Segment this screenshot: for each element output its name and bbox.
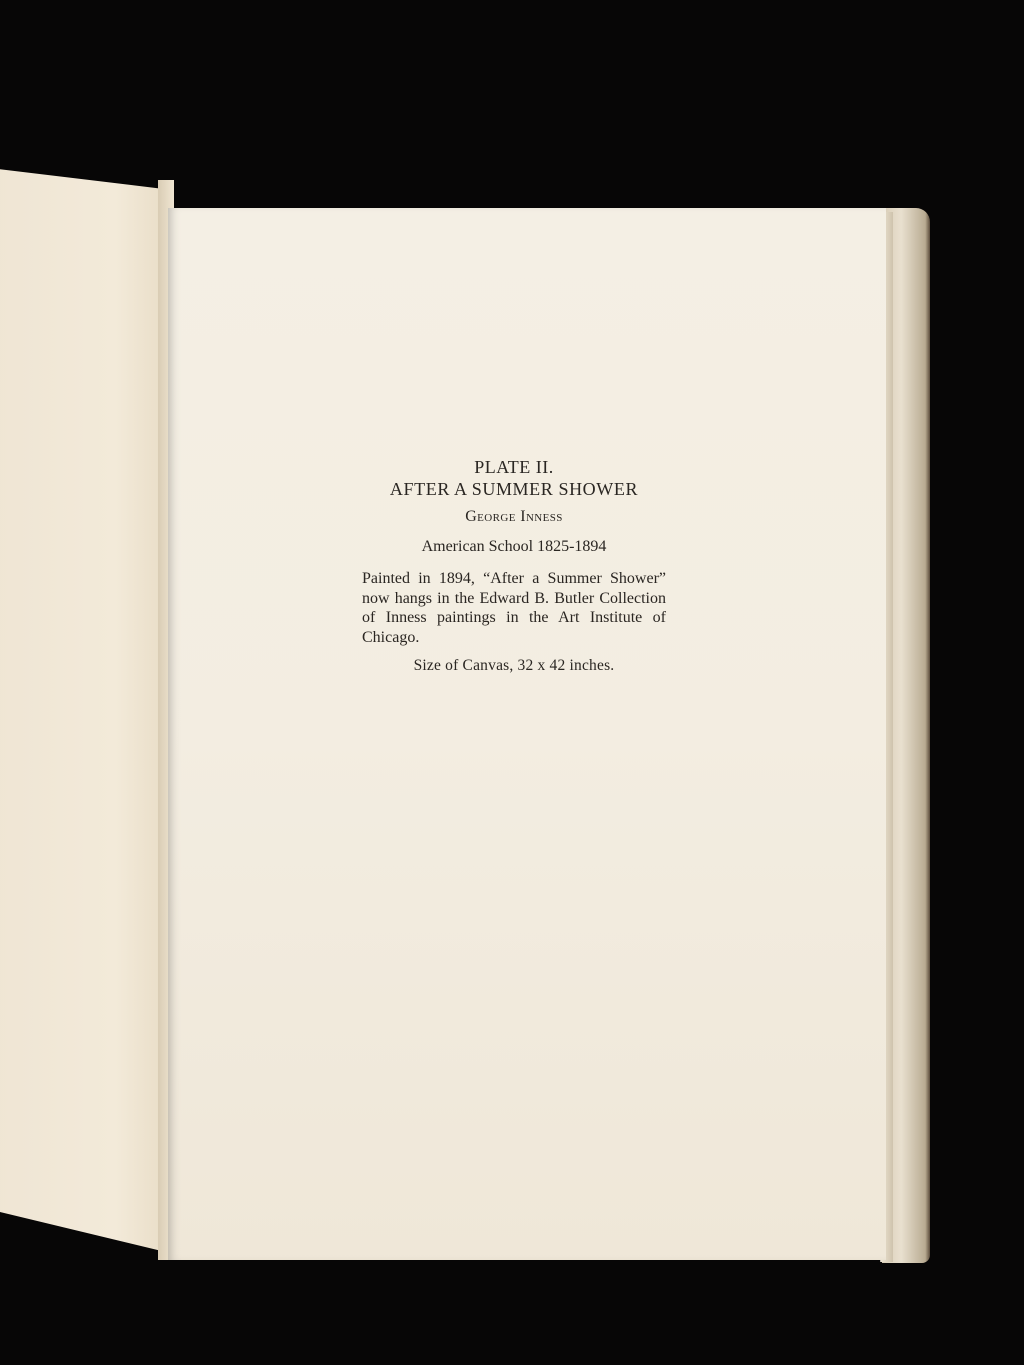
canvas-size: Size of Canvas, 32 x 42 inches. [362, 657, 666, 675]
left-page [0, 168, 170, 1253]
artist-name: George Inness [362, 507, 666, 527]
plate-label: PLATE II. [362, 456, 666, 478]
plate-caption: PLATE II. AFTER A SUMMER SHOWER George I… [362, 456, 666, 675]
art-school: American School 1825-1894 [362, 537, 666, 557]
right-page [168, 208, 886, 1260]
painting-title: AFTER A SUMMER SHOWER [362, 478, 666, 500]
painting-description: Painted in 1894, “After a Summer Shower”… [362, 569, 666, 647]
